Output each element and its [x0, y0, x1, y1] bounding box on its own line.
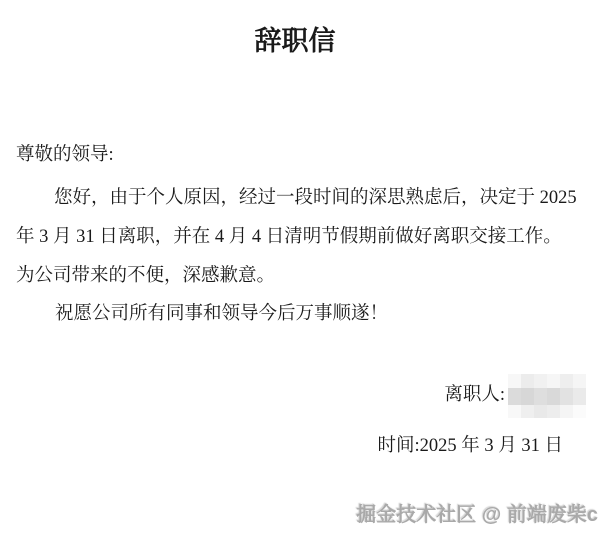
redacted-signature-name: [508, 374, 586, 418]
redaction-block: [560, 405, 573, 418]
redaction-block: [534, 374, 547, 388]
redaction-block: [521, 388, 534, 405]
redaction-block: [560, 388, 573, 405]
redaction-block: [521, 374, 534, 388]
redaction-block: [560, 374, 573, 388]
resignation-letter-page: 辞职信 尊敬的领导: 您好，由于个人原因，经过一段时间的深思熟虑后，决定于 20…: [0, 0, 615, 543]
redaction-block: [573, 405, 586, 418]
redaction-block: [573, 388, 586, 405]
redaction-block: [534, 405, 547, 418]
redaction-block: [521, 405, 534, 418]
signature-label: 离职人:: [444, 380, 505, 410]
letter-wellwishing-paragraph: 祝愿公司所有同事和领导今后万事顺遂！: [16, 299, 388, 329]
redaction-block: [508, 388, 521, 405]
redaction-block: [534, 388, 547, 405]
redaction-block: [508, 374, 521, 388]
redaction-block: [547, 405, 560, 418]
redaction-block: [547, 374, 560, 388]
letter-body-paragraph: 您好，由于个人原因，经过一段时间的深思熟虑后，决定于 2025 年 3 月 31…: [16, 179, 574, 296]
letter-greeting: 尊敬的领导:: [16, 140, 114, 170]
redaction-block: [508, 405, 521, 418]
body-line-1: 您好，由于个人原因，经过一段时间的深思熟虑后，决定于 2025: [16, 179, 574, 218]
redaction-block: [547, 388, 560, 405]
date-line: 时间:2025 年 3 月 31 日: [377, 431, 563, 461]
redaction-block: [573, 374, 586, 388]
body-line-3: 为公司带来的不便，深感歉意。: [16, 257, 574, 296]
letter-title: 辞职信: [16, 24, 574, 58]
body-line-2: 年 3 月 31 日离职，并在 4 月 4 日清明节假期前做好离职交接工作。: [16, 218, 574, 257]
community-watermark: 掘金技术社区 @ 前端废柴c: [356, 499, 598, 531]
